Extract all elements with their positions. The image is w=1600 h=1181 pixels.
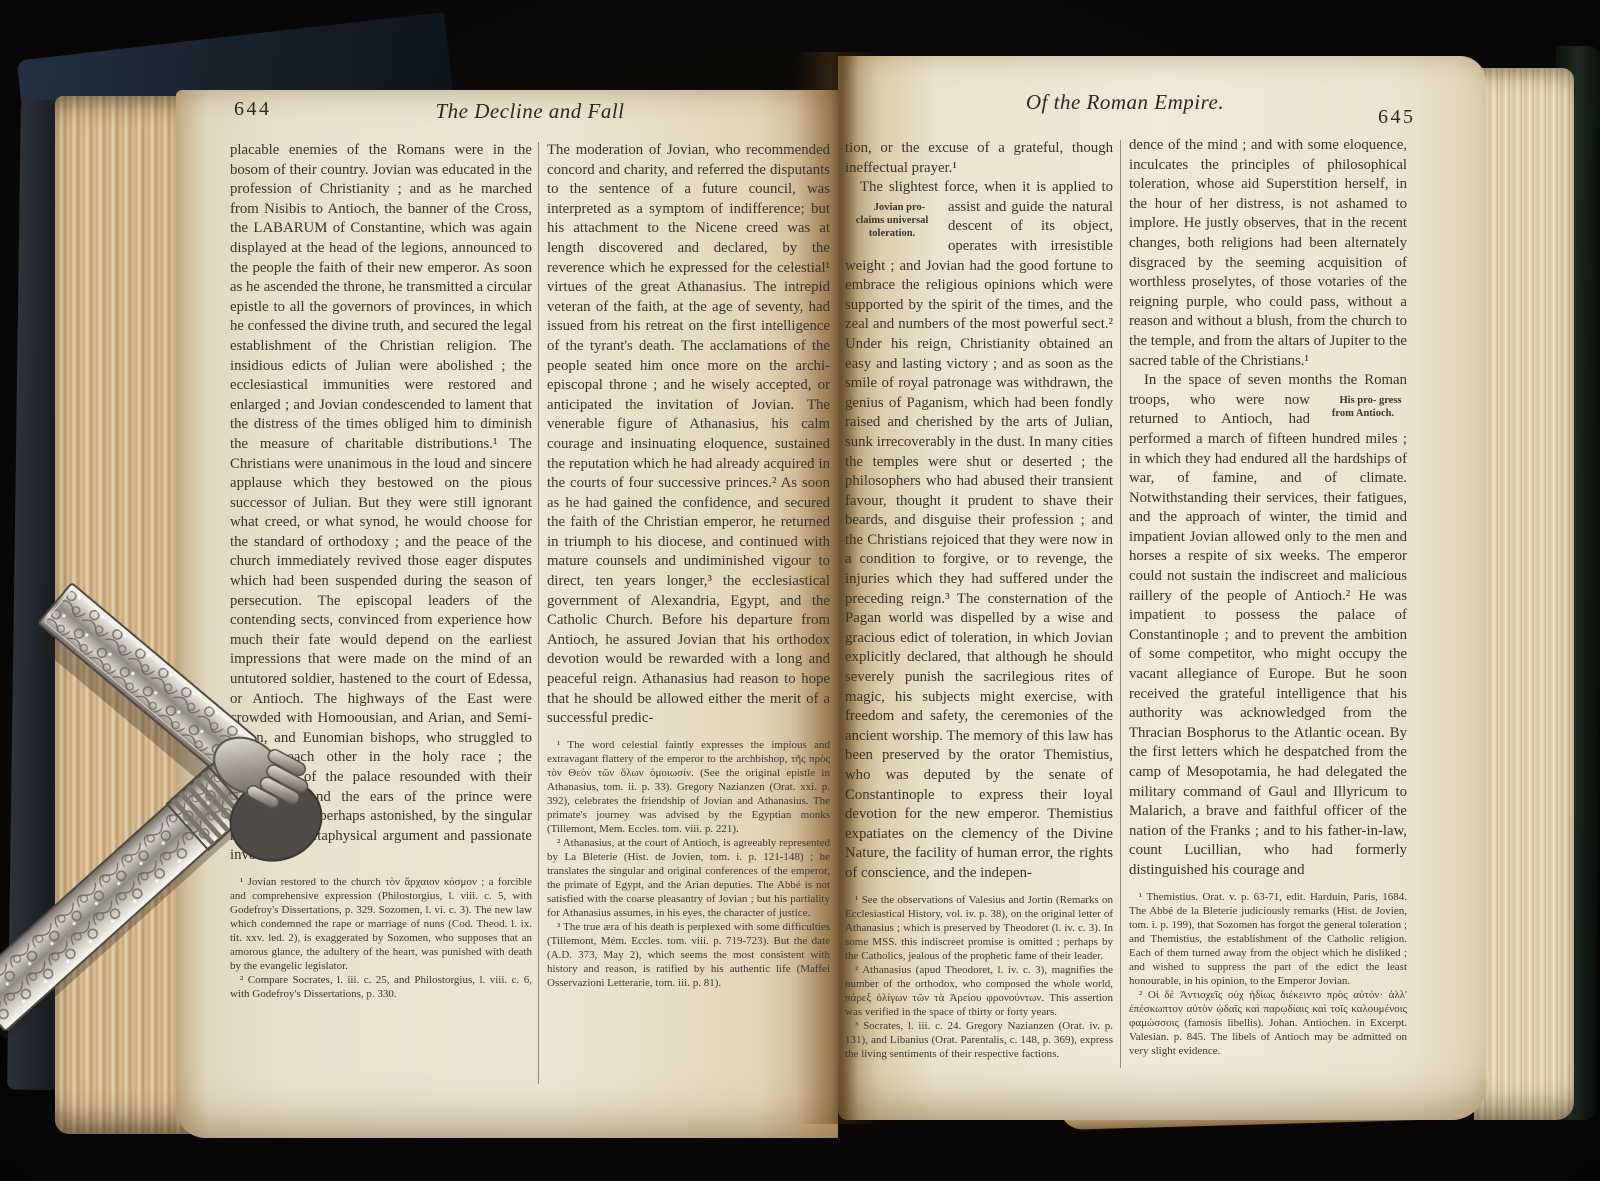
body-paragraph: The moderation of Jovian, who recommende… xyxy=(547,141,830,729)
body-paragraph: In the space of seven months the His pro… xyxy=(1129,371,1407,880)
page-number-645: 645 xyxy=(1378,106,1416,129)
margin-note: Jovian pro- claims universal toleration. xyxy=(845,201,939,240)
footnote: ³ The true æra of his death is perplexed… xyxy=(547,920,830,990)
footnote: ³ Socrates, l. iii. c. 24. Gregory Nazia… xyxy=(845,1019,1113,1061)
body-paragraph: The slightest force, when it is applied … xyxy=(845,178,1113,883)
column-divider-right-page xyxy=(1120,140,1121,1068)
footnote: ¹ The word celestial faintly expresses t… xyxy=(547,738,830,836)
photo-of-open-book: { "book": { "left_page": { "page_number"… xyxy=(0,0,1600,1181)
margin-note: His pro- gress from Antioch. xyxy=(1319,394,1407,420)
footnotes-block: ¹ Themistius. Orat. v. p. 63-71, edit. H… xyxy=(1129,890,1407,1058)
body-paragraph: dence of the mind ; and with some eloque… xyxy=(1129,136,1407,371)
column-divider-left-page xyxy=(538,142,539,1084)
body-paragraph: tion, or the excuse of a grateful, thoug… xyxy=(845,139,1113,178)
footnote: ² Athanasius (apud Theodoret, l. iv. c. … xyxy=(845,963,1113,1019)
paragraph-lead: The slightest force, when it is applied xyxy=(860,179,1101,195)
left-page-column-2: The moderation of Jovian, who recommende… xyxy=(547,141,830,990)
right-page-column-2: dence of the mind ; and with some eloque… xyxy=(1129,136,1407,1058)
paragraph-rest: Roman troops, who were now returned to A… xyxy=(1129,372,1407,878)
footnote: ² Athanasius, at the court of Antioch, i… xyxy=(547,836,830,920)
bookmark-clasp xyxy=(0,568,328,1054)
page-stack-fore-edge-right xyxy=(1474,68,1574,1120)
footnote: ¹ See the observations of Valesius and J… xyxy=(845,893,1113,963)
running-header-right: Of the Roman Empire. xyxy=(845,90,1405,115)
footnotes-block: ¹ See the observations of Valesius and J… xyxy=(845,893,1113,1061)
right-page-column-1: tion, or the excuse of a grateful, thoug… xyxy=(845,139,1113,1061)
footnote: ¹ Themistius. Orat. v. p. 63-71, edit. H… xyxy=(1129,890,1407,988)
running-header-left: The Decline and Fall xyxy=(250,99,810,124)
paragraph-rest: to assist and guide the natural descent … xyxy=(845,179,1113,881)
footnote: ² Οἱ δὲ Ἀντιοχεῖς οὐχ ἡδίως διέκειντο πρ… xyxy=(1129,988,1407,1058)
footnotes-block: ¹ The word celestial faintly expresses t… xyxy=(547,738,830,990)
paragraph-lead: In the space of seven months the xyxy=(1144,372,1364,388)
bookmark-lower-band xyxy=(0,750,268,1032)
